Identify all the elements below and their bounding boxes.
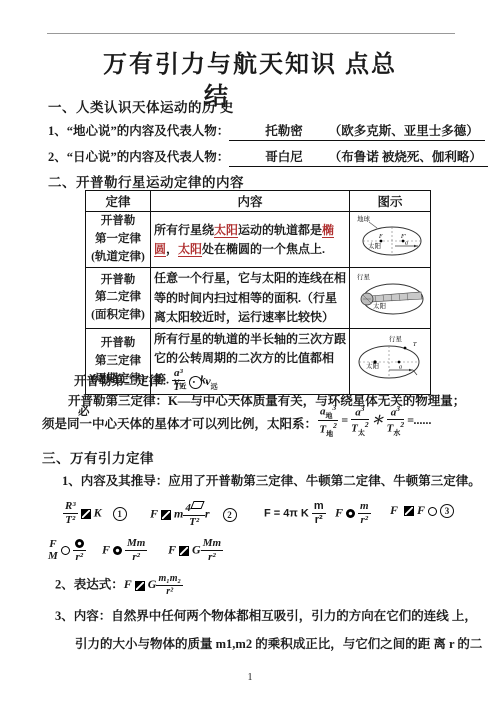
circled-number-icon: 1 bbox=[113, 507, 127, 521]
gravitation-item3-line2: 引力的大小与物体的质量 m1,m2 的乘积成正比，与它们之间的距 离 r 的二 bbox=[75, 634, 482, 652]
law-cell-2: 开普勒 第二定律 (面积定律) bbox=[86, 268, 151, 329]
svg-text:a: a bbox=[405, 241, 408, 247]
gravitation-item1: 1、内容及其推导：应用了开普勒第三定律、牛顿第二定律、牛顿第三定律。 bbox=[62, 471, 481, 489]
formula-F-eq-F: FF3 bbox=[390, 503, 456, 518]
kepler2-note: 开普勒第二定律：v近v远 bbox=[74, 371, 218, 391]
list-item-heliocentric: 2、“日心说”的内容及代表人物：哥白尼（布鲁诺 被烧死、伽利略） bbox=[48, 147, 488, 167]
diagram-cell-3: 行星 T 太阳 a bbox=[350, 329, 431, 395]
svg-text:F: F bbox=[378, 234, 383, 240]
equals-box-icon bbox=[81, 509, 91, 519]
key-term: 太阳 bbox=[178, 242, 202, 257]
clock-circle-icon bbox=[189, 376, 202, 389]
item1-note: （欧多克斯、亚里士多德） bbox=[329, 124, 479, 138]
formula-F-prop-Mm-r2: FMmr² bbox=[102, 538, 147, 563]
svg-text:行星: 行星 bbox=[357, 272, 371, 281]
formula-F-prop-m-r2: Fmr² bbox=[335, 501, 371, 526]
formula-F-m4pi2T2r: Fm4T²r 2 bbox=[150, 501, 239, 528]
svg-text:太阳: 太阳 bbox=[368, 241, 382, 250]
col-header-law: 定律 bbox=[86, 191, 151, 212]
open-circle-icon bbox=[428, 507, 437, 516]
gravitation-item2: 2、表达式：FGm₁m₂r² bbox=[55, 574, 183, 597]
svg-text:太阳: 太阳 bbox=[373, 301, 387, 310]
item2-answer: 哥白尼 bbox=[265, 147, 303, 165]
table-row: 开普勒 第一定律 (轨道定律) 所有行星绕太阳运动的轨道都是椭圆，太阳处在椭圆的… bbox=[86, 212, 431, 268]
proportional-dot-icon bbox=[113, 546, 122, 555]
item2-prefix: 2、“日心说”的内容及代表人物： bbox=[48, 150, 229, 164]
kepler1-orbit-diagram: 地球 F F′ 太阳 a bbox=[355, 213, 425, 261]
circled-number-icon: 3 bbox=[440, 504, 454, 518]
diagram-cell-1: 地球 F F′ 太阳 a bbox=[350, 212, 431, 268]
content-cell-1: 所有行星绕太阳运动的轨道都是椭圆，太阳处在椭圆的一个焦点上. bbox=[151, 212, 350, 268]
equals-box-icon bbox=[135, 581, 145, 591]
equals-box-icon bbox=[404, 506, 414, 516]
equals-box-icon bbox=[179, 546, 189, 556]
table-row: 开普勒 第二定律 (面积定律) 任意一个行星，它与太阳的连线在相等的时间内扫过相… bbox=[86, 268, 431, 329]
content-cell-2: 任意一个行星，它与太阳的连线在相等的时间内扫过相等的面积.（行星离太阳较近时，运… bbox=[151, 268, 350, 329]
kepler3-note-line2: 须是同一中心天体的星体才可以列比例，太阳系： bbox=[42, 414, 317, 432]
key-term: 太阳 bbox=[214, 223, 238, 238]
formula-F-4piK: F = 4π K mr² bbox=[264, 501, 326, 526]
table-header-row: 定律 内容 图示 bbox=[86, 191, 431, 212]
proportional-dot-icon bbox=[75, 539, 84, 548]
law-cell-1: 开普勒 第一定律 (轨道定律) bbox=[86, 212, 151, 268]
list-item-geocentric: 1、“地心说”的内容及代表人物：托勒密（欧多克斯、亚里士多德） bbox=[48, 121, 485, 141]
kepler3-period-diagram: 行星 T 太阳 a bbox=[355, 333, 425, 385]
formula-F-eq-GMm-r2: FGMmr² bbox=[168, 538, 223, 563]
document-page: 万有引力与航天知识 点总 结 一、人类认识天体运动的历 史 1、“地心说”的内容… bbox=[0, 0, 500, 708]
col-header-content: 内容 bbox=[151, 191, 350, 212]
item2-note: （布鲁诺 被烧死、伽利略） bbox=[329, 150, 482, 164]
kepler2-area-diagram: 行星 太阳 bbox=[355, 272, 425, 320]
svg-text:F′: F′ bbox=[400, 234, 407, 240]
answer-blank: 哥白尼（布鲁诺 被烧死、伽利略） bbox=[229, 147, 488, 167]
svg-text:T: T bbox=[413, 342, 417, 348]
section2-heading: 二、开普勒行星运动定律的内容 bbox=[48, 171, 244, 191]
formula-R3T2-K: R³T²K 1 bbox=[63, 501, 129, 526]
proportional-dot-icon bbox=[346, 509, 355, 518]
kepler-table: 定律 内容 图示 开普勒 第一定律 (轨道定律) 所有行星绕太阳运动的轨道都是椭… bbox=[85, 190, 431, 395]
gravitation-item3-line1: 3、内容：自然界中任何两个物体都相互吸引，引力的方向在它们的连线 上， bbox=[55, 606, 477, 624]
formula-FM-prop: FMr² bbox=[48, 538, 86, 563]
section3-heading: 三、万有引力定律 bbox=[42, 447, 154, 467]
svg-text:地球: 地球 bbox=[357, 214, 371, 223]
section1-heading: 一、人类认识天体运动的历 史 bbox=[48, 96, 234, 116]
circled-number-icon: 2 bbox=[223, 508, 237, 522]
parallelogram-icon bbox=[190, 501, 204, 509]
item1-answer: 托勒密 bbox=[265, 121, 303, 139]
page-number: 1 bbox=[0, 672, 500, 683]
page-title: 万有引力与航天知识 点总 bbox=[0, 44, 500, 79]
equals-box-icon bbox=[161, 510, 171, 520]
item1-prefix: 1、“地心说”的内容及代表人物： bbox=[48, 124, 229, 138]
open-circle-icon bbox=[61, 546, 70, 555]
col-header-diagram: 图示 bbox=[350, 191, 431, 212]
star-glyph: ＊ bbox=[372, 413, 384, 427]
svg-text:行星: 行星 bbox=[389, 334, 403, 343]
diagram-cell-2: 行星 太阳 bbox=[350, 268, 431, 329]
svg-text:太阳: 太阳 bbox=[366, 361, 380, 370]
top-rule bbox=[47, 33, 455, 34]
solar-system-ratio-formula: a地3T地2 = a3T太2 ＊ a3T水2 =...... bbox=[318, 404, 432, 438]
svg-text:a: a bbox=[399, 365, 402, 371]
answer-blank: 托勒密（欧多克斯、亚里士多德） bbox=[229, 121, 485, 141]
